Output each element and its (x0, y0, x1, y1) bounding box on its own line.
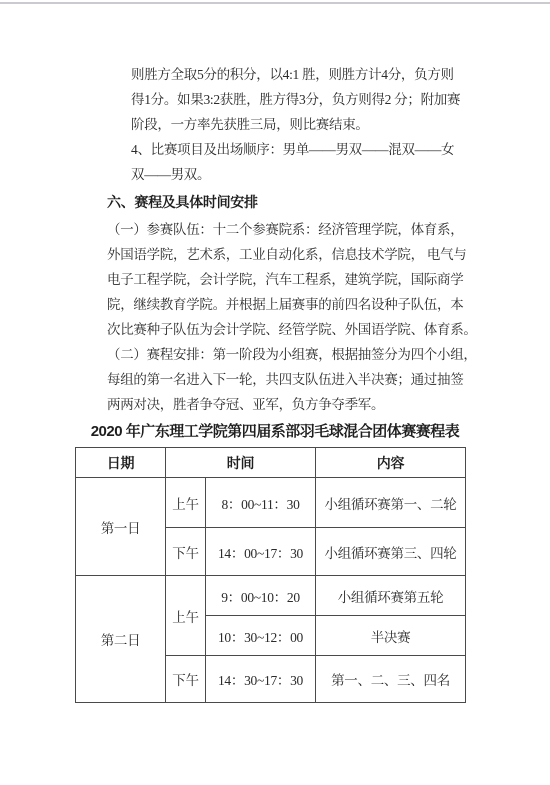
period-cell: 下午 (166, 656, 206, 703)
page-edge-divider (0, 2, 550, 4)
header-content: 内容 (316, 448, 466, 478)
time-cell: 10：30~12：00 (206, 616, 316, 656)
rules-line: 则胜方全取5分的积分，以4:1 胜，则胜方计4分，负方则 (131, 62, 550, 87)
time-cell: 9：00~10：20 (206, 576, 316, 616)
document-content: 则胜方全取5分的积分，以4:1 胜，则胜方计4分，负方则 得1分。如果3:2获胜… (0, 62, 550, 703)
content-cell: 小组循环赛第五轮 (316, 576, 466, 616)
rules-line: 阶段，一方率先获胜三局，则比赛结束。 (131, 112, 550, 137)
time-cell: 14：00~17：30 (206, 528, 316, 576)
content-cell: 小组循环赛第一、二轮 (316, 478, 466, 528)
table-row: 第二日 上午 9：00~10：20 小组循环赛第五轮 (76, 576, 466, 616)
rules-line: 4、比赛项目及出场顺序：男单——男双——混双——女 (131, 137, 550, 162)
description-line: 院，继续教育学院。并根据上届赛事的前四名设种子队伍，本 (107, 292, 550, 317)
rules-line: 双——男双。 (131, 162, 550, 187)
time-cell: 8：00~11：30 (206, 478, 316, 528)
schedule-table: 日期 时间 内容 第一日 上午 8：00~11：30 小组循环赛第一、二轮 下午… (75, 447, 466, 703)
description-line: 次比赛种子队伍为会计学院、经管学院、外国语学院、体育系。 (107, 317, 550, 342)
description-line: 外国语学院，艺术系，工业自动化系，信息技术学院， 电气与 (107, 242, 550, 267)
description-line: （二）赛程安排：第一阶段为小组赛，根据抽签分为四个小组， (107, 342, 550, 367)
table-row: 第一日 上午 8：00~11：30 小组循环赛第一、二轮 (76, 478, 466, 528)
period-cell: 上午 (166, 478, 206, 528)
description-line: 每组的第一名进入下一轮，共四支队伍进入半决赛；通过抽签 (107, 367, 550, 392)
document-page: { "page": { "intro_lines": [ "则胜方全取5分的积分… (0, 0, 550, 785)
header-date: 日期 (76, 448, 166, 478)
section-heading: 六、赛程及具体时间安排 (107, 190, 550, 215)
content-cell: 小组循环赛第三、四轮 (316, 528, 466, 576)
table-header-row: 日期 时间 内容 (76, 448, 466, 478)
rules-paragraph: 则胜方全取5分的积分，以4:1 胜，则胜方计4分，负方则 得1分。如果3:2获胜… (0, 62, 550, 187)
period-cell: 下午 (166, 528, 206, 576)
content-cell: 半决赛 (316, 616, 466, 656)
date-cell: 第一日 (76, 478, 166, 576)
header-time: 时间 (166, 448, 316, 478)
content-cell: 第一、二、三、四名 (316, 656, 466, 703)
period-cell: 上午 (166, 576, 206, 656)
schedule-table-title: 2020 年广东理工学院第四届系部羽毛球混合团体赛赛程表 (75, 422, 475, 442)
time-cell: 14：30~17：30 (206, 656, 316, 703)
description-line: 两两对决，胜者争夺冠、亚军，负方争夺季军。 (107, 392, 550, 417)
description-line: 电子工程学院，会计学院，汽车工程系，建筑学院，国际商学 (107, 267, 550, 292)
schedule-description: （一）参赛队伍：十二个参赛院系：经济管理学院，体育系， 外国语学院，艺术系，工业… (0, 217, 550, 417)
rules-line: 得1分。如果3:2获胜，胜方得3分，负方则得2 分；附加赛 (131, 87, 550, 112)
date-cell: 第二日 (76, 576, 166, 703)
description-line: （一）参赛队伍：十二个参赛院系：经济管理学院，体育系， (107, 217, 550, 242)
